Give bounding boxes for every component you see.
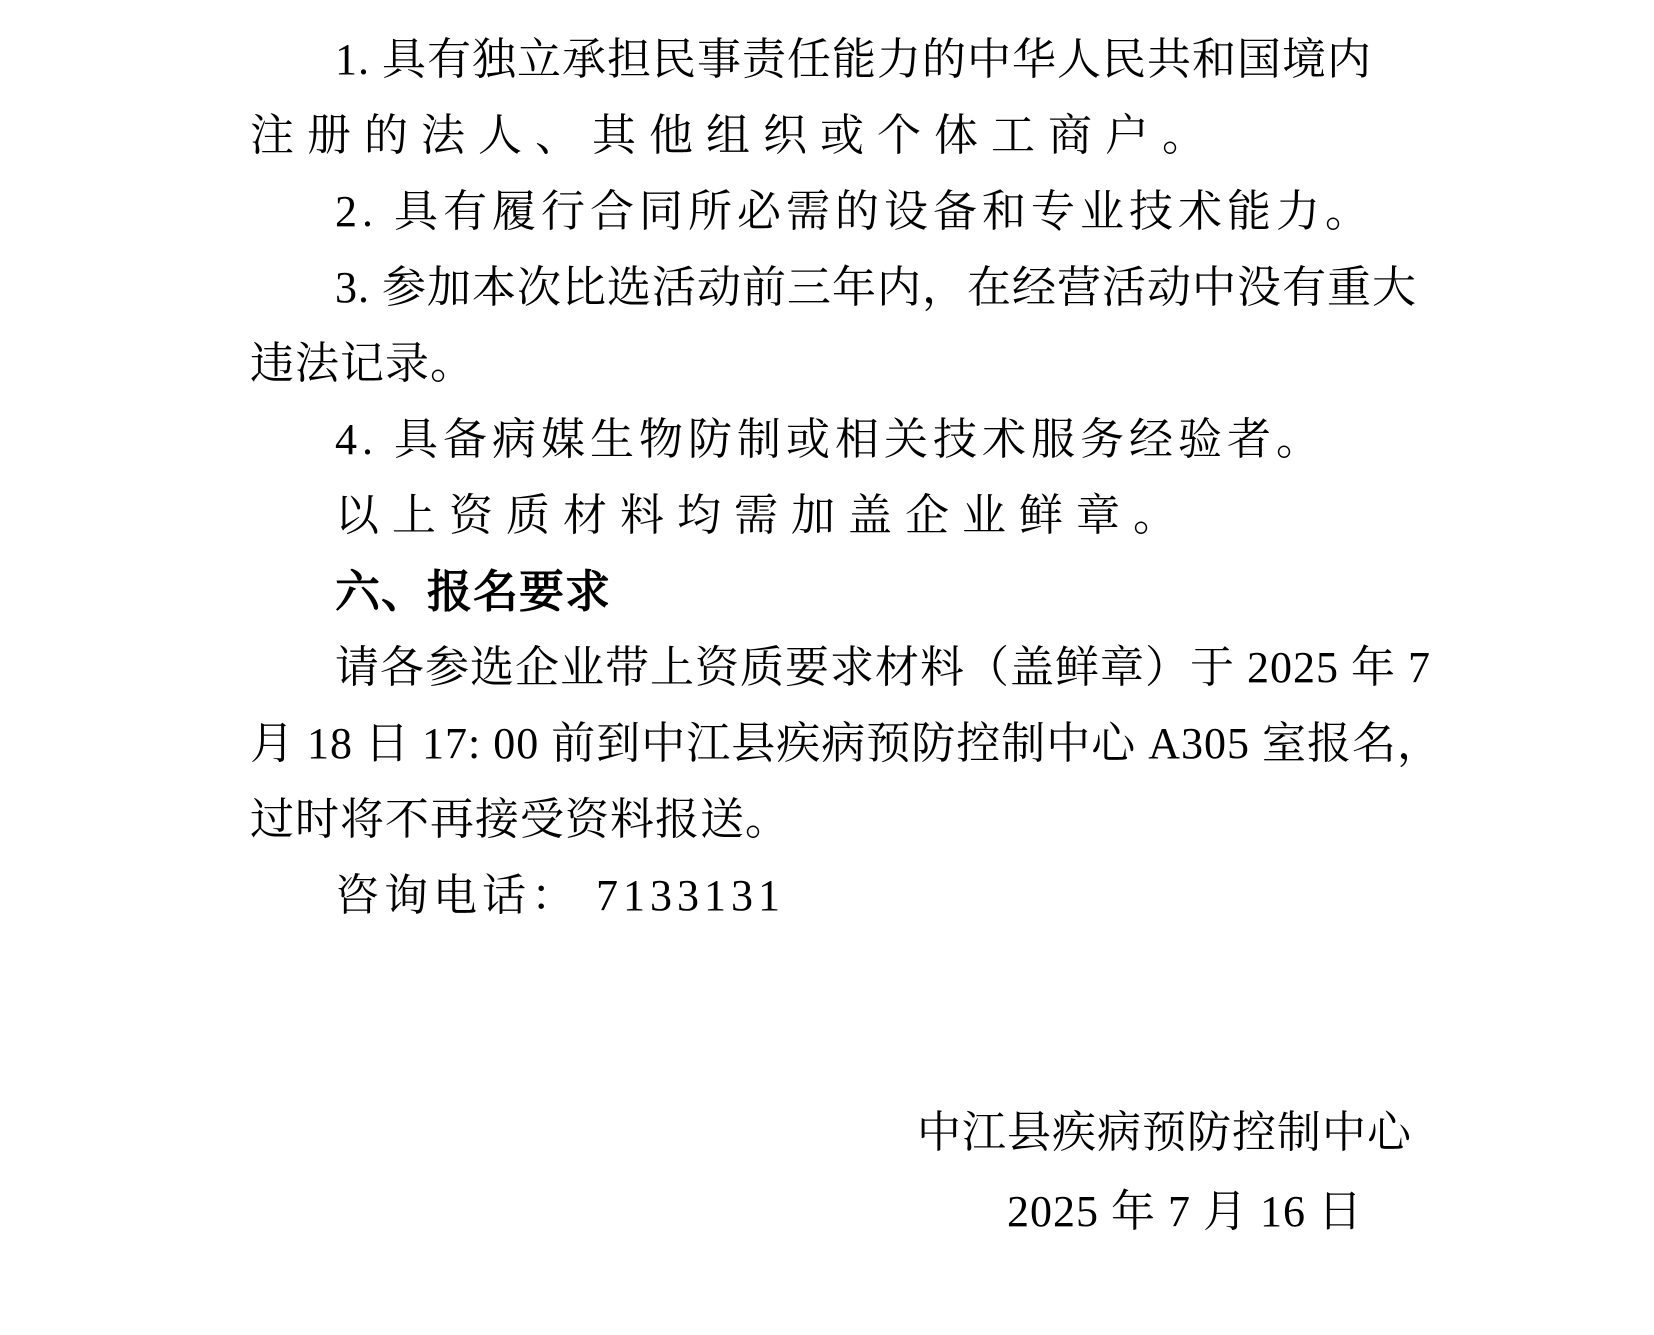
document-page: 1. 具有独立承担民事责任能力的中华人民共和国境内 注册的法人、其他组织或个体工… [0,0,1654,1335]
eligibility-item-4-line-1: 4. 具备病媒生物防制或相关技术服务经验者。 [250,402,1460,478]
stamp-note-line: 以上资质材料均需加盖企业鲜章。 [250,478,1460,554]
section-heading: 六、报名要求 [250,554,1460,630]
document-body: 1. 具有独立承担民事责任能力的中华人民共和国境内 注册的法人、其他组织或个体工… [250,22,1460,934]
eligibility-item-1-line-1: 1. 具有独立承担民事责任能力的中华人民共和国境内 [250,22,1460,98]
registration-paragraph-line-2: 月 18 日 17: 00 前到中江县疾病预防控制中心 A305 室报名， [250,706,1460,782]
eligibility-item-2-line-1: 2. 具有履行合同所必需的设备和专业技术能力。 [250,174,1460,250]
signature-date: 2025 年 7 月 16 日 [1007,1174,1363,1250]
eligibility-item-1-line-2: 注册的法人、其他组织或个体工商户。 [250,98,1460,174]
contact-phone-line: 咨询电话： 7133131 [250,858,1460,934]
eligibility-item-3-line-2: 违法记录。 [250,326,1460,402]
eligibility-item-3-line-1: 3. 参加本次比选活动前三年内，在经营活动中没有重大 [250,250,1460,326]
signature-organization: 中江县疾病预防控制中心 [917,1095,1412,1171]
registration-paragraph-line-3: 过时将不再接受资料报送。 [250,782,1460,858]
registration-paragraph-line-1: 请各参选企业带上资质要求材料（盖鲜章）于 2025 年 7 [250,630,1460,706]
